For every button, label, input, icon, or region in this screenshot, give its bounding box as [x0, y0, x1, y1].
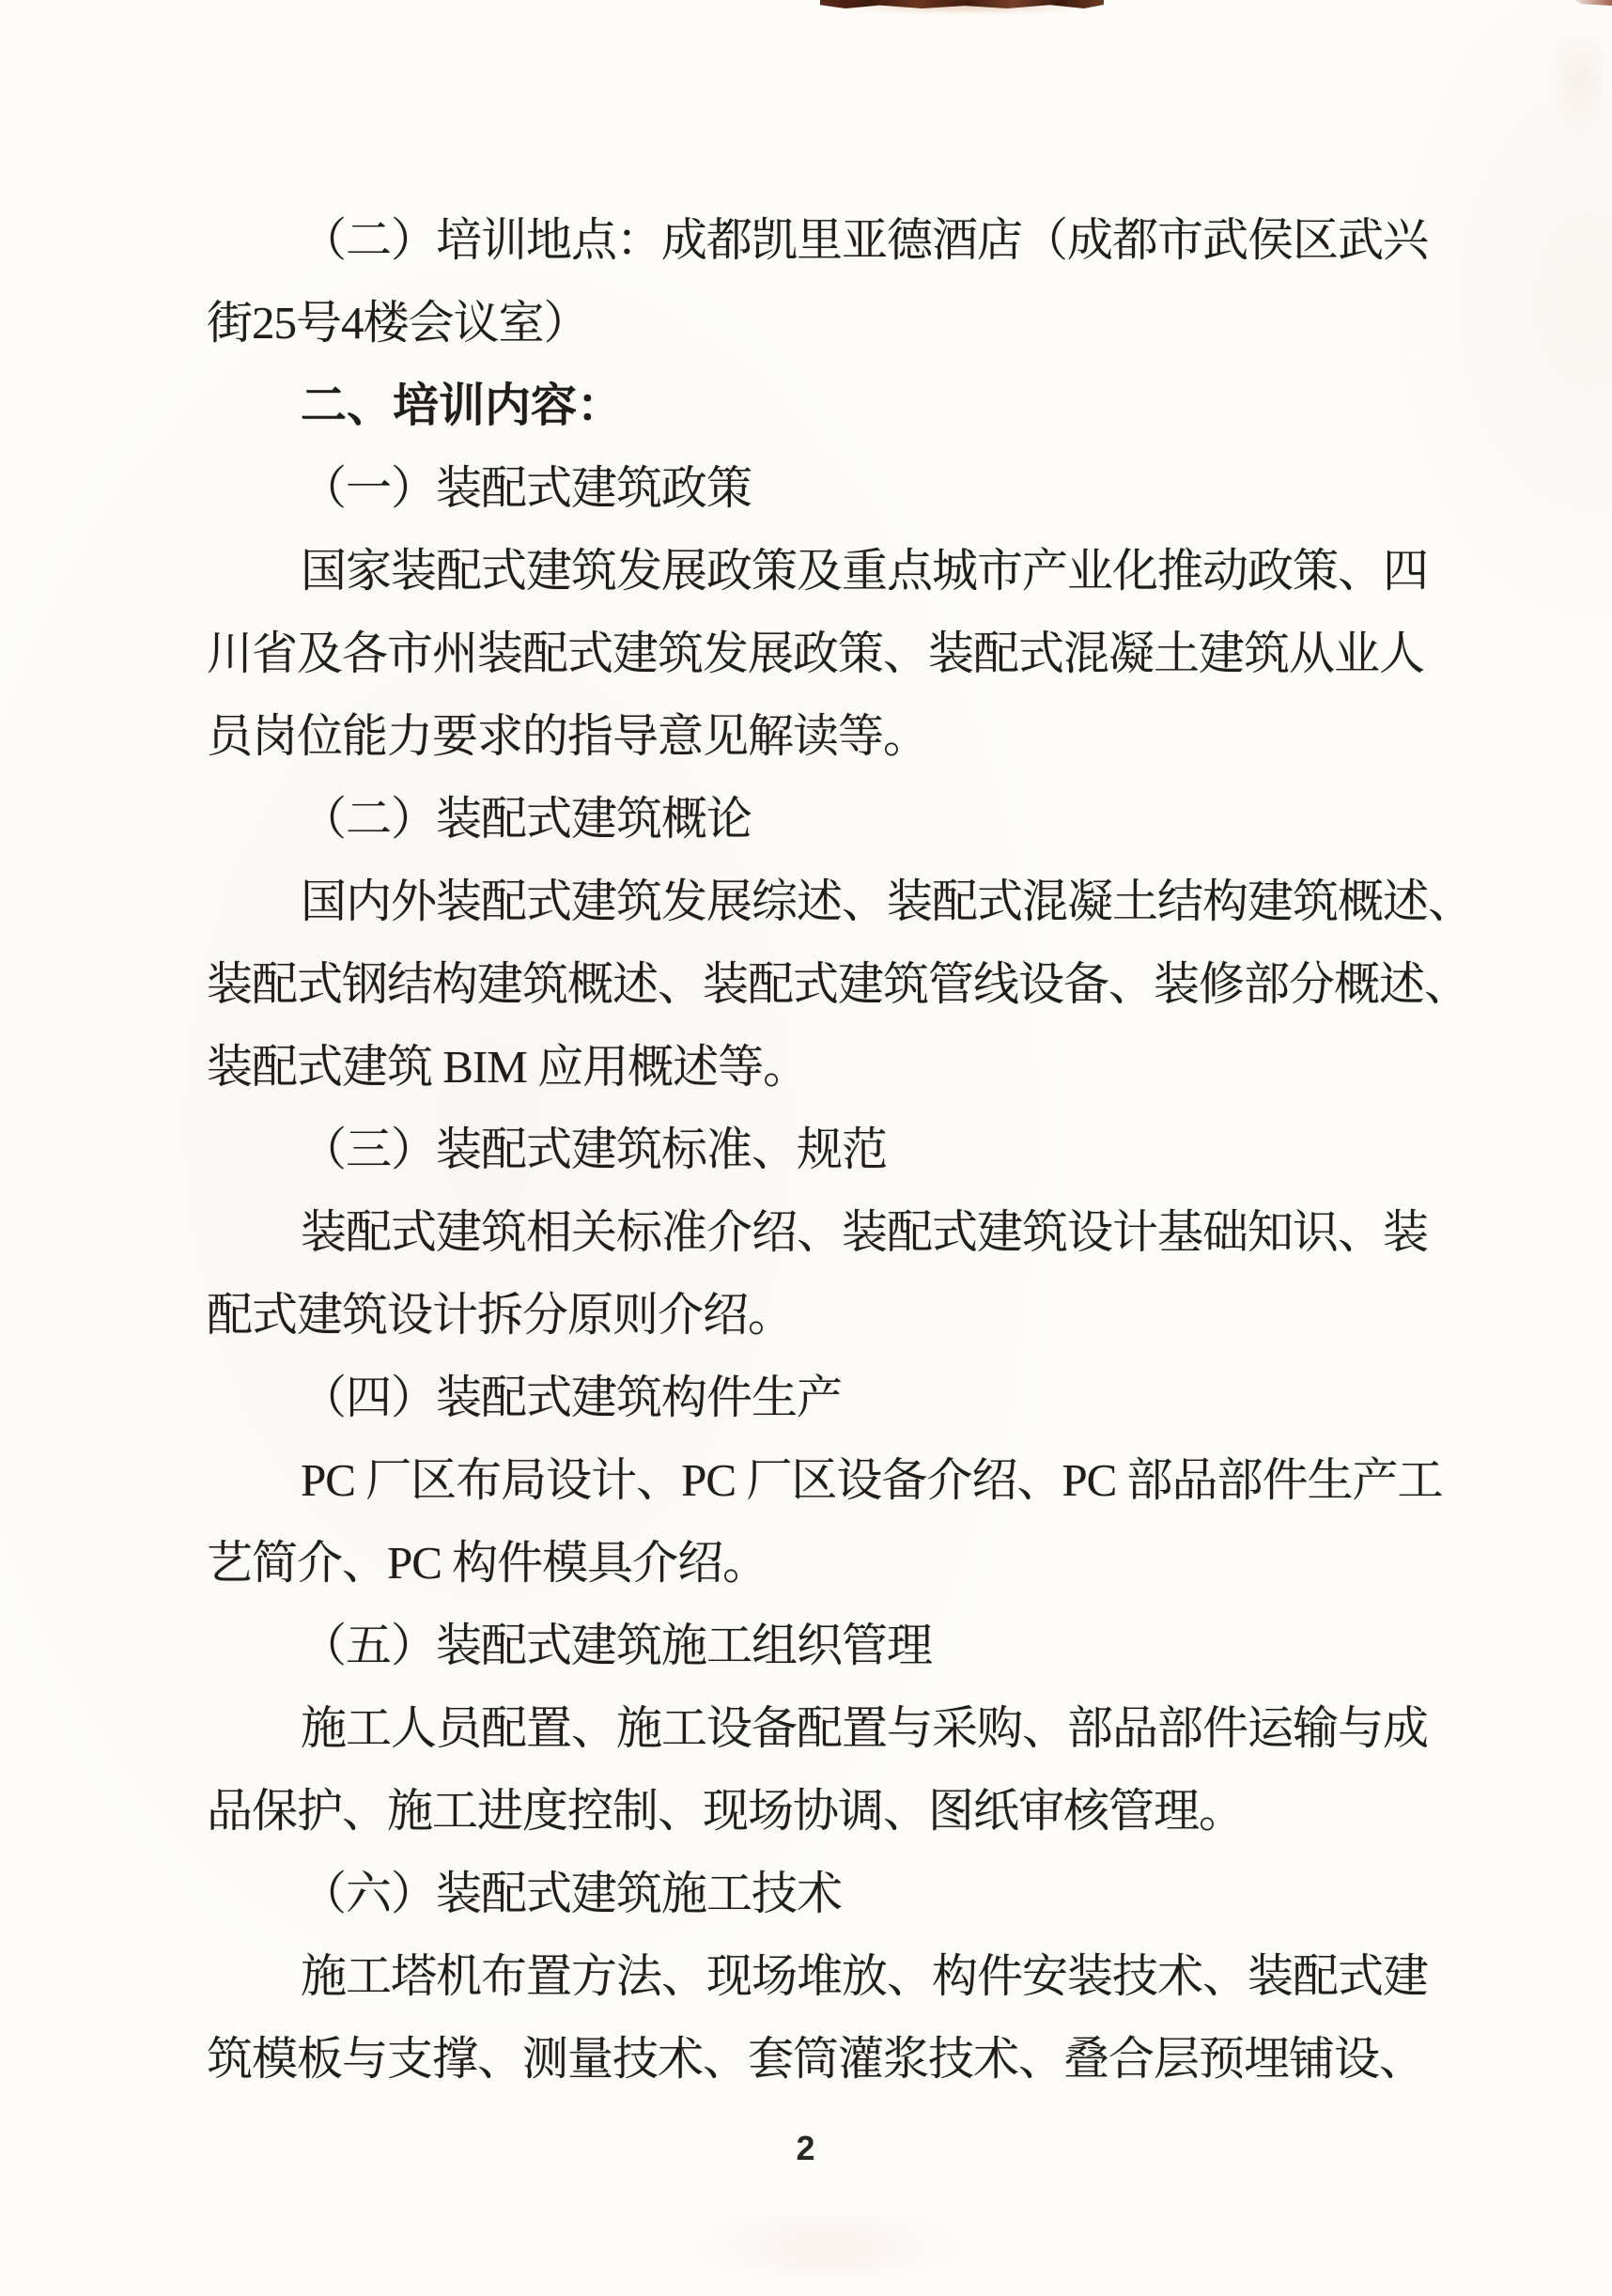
text-line: （一）装配式建筑政策: [207, 447, 1428, 530]
text-lines-container: （二）培训地点：成都凯里亚德酒店（成都市武侯区武兴街25号4楼会议室）二、培训内…: [207, 199, 1428, 2101]
text-line: 配式建筑设计拆分原则介绍。: [207, 1274, 1428, 1357]
scanned-document-page: （二）培训地点：成都凯里亚德酒店（成都市武侯区武兴街25号4楼会议室）二、培训内…: [0, 0, 1612, 2296]
text-line: PC 厂区布局设计、PC 厂区设备介绍、PC 部品部件生产工: [207, 1439, 1428, 1522]
text-line: 装配式建筑 BIM 应用概述等。: [207, 1026, 1428, 1109]
text-line: （二）装配式建筑概论: [207, 778, 1428, 861]
text-line: 装配式建筑相关标准介绍、装配式建筑设计基础知识、装: [207, 1191, 1428, 1274]
text-line: 艺简介、PC 构件模具介绍。: [207, 1522, 1428, 1605]
text-line: 施工人员配置、施工设备配置与采购、部品部件运输与成: [207, 1687, 1428, 1770]
text-line: 国家装配式建筑发展政策及重点城市产业化推动政策、四: [207, 530, 1428, 613]
text-line: 街25号4楼会议室）: [207, 282, 1428, 365]
text-line: （六）装配式建筑施工技术: [207, 1853, 1428, 1935]
document-body: （二）培训地点：成都凯里亚德酒店（成都市武侯区武兴街25号4楼会议室）二、培训内…: [207, 199, 1428, 2101]
text-line: （二）培训地点：成都凯里亚德酒店（成都市武侯区武兴: [207, 199, 1428, 282]
text-line: （五）装配式建筑施工组织管理: [207, 1605, 1428, 1687]
text-line: 国内外装配式建筑发展综述、装配式混凝土结构建筑概述、: [207, 861, 1428, 943]
text-line: 员岗位能力要求的指导意见解读等。: [207, 695, 1428, 778]
scan-artifact-corner-smudge: [1546, 38, 1603, 141]
text-line: 装配式钢结构建筑概述、装配式建筑管线设备、装修部分概述、: [207, 943, 1428, 1026]
text-line: 川省及各市州装配式建筑发展政策、装配式混凝土建筑从业人: [207, 613, 1428, 695]
text-line: （四）装配式建筑构件生产: [207, 1357, 1428, 1439]
text-line: （三）装配式建筑标准、规范: [207, 1109, 1428, 1191]
text-line: 筑模板与支撑、测量技术、套筒灌浆技术、叠合层预埋铺设、: [207, 2018, 1428, 2101]
text-line: 施工塔机布置方法、现场堆放、构件安装技术、装配式建: [207, 1935, 1428, 2018]
scan-artifact-corner-mark: [1574, 0, 1612, 6]
text-line: 品保护、施工进度控制、现场协调、图纸审核管理。: [207, 1770, 1428, 1853]
text-line: 二、培训内容：: [207, 365, 1428, 447]
page-number: 2: [0, 2129, 1612, 2168]
